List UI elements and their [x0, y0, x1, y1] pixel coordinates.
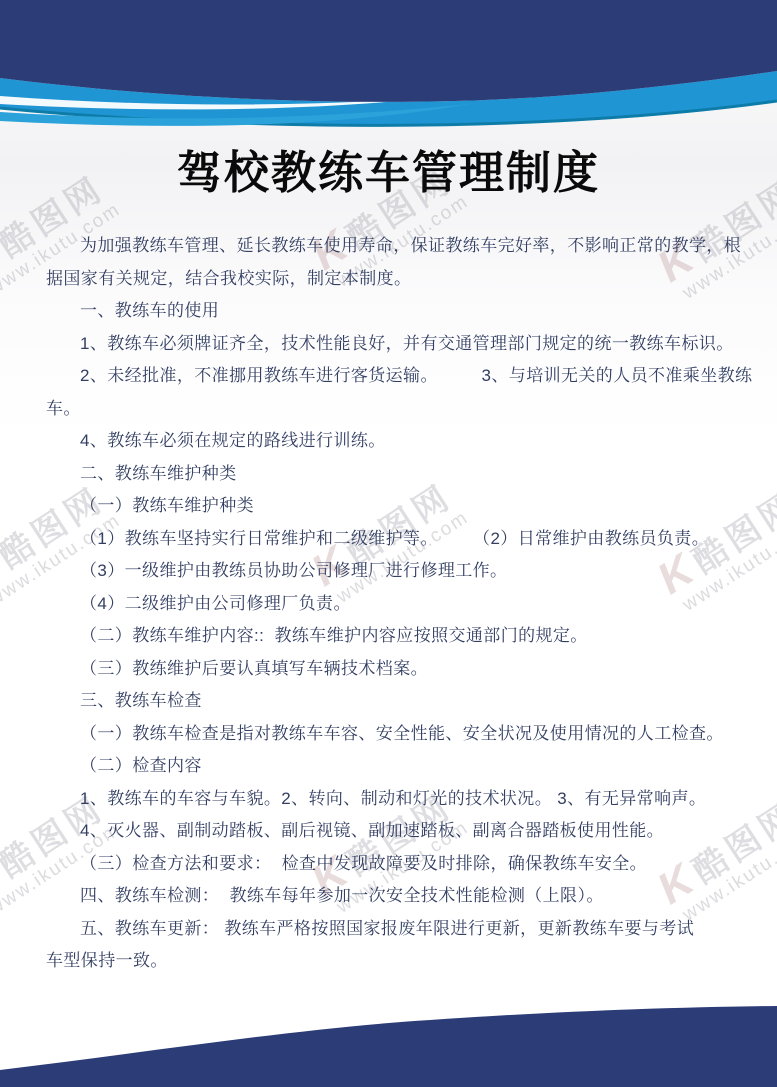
document-line: 车型保持一致。 [46, 945, 743, 978]
document-line: （一）教练车维护种类 [46, 490, 743, 523]
document-line: 四、教练车检测： 教练车每年参加一次安全技术性能检测（上限）。 [46, 880, 743, 913]
kutu-logo-icon: K [0, 847, 12, 908]
page-title: 驾校教练车管理制度 [0, 146, 777, 200]
document-line: 1、教练车的车容与车貌。2、转向、制动和灯光的技术状况。 3、有无异常响声。 [46, 783, 743, 816]
document-line: 为加强教练车管理、延长教练车使用寿命，保证教练车完好率，不影响正常的教学，根 [46, 230, 743, 263]
document-line: （三）检查方法和要求： 检查中发现故障要及时排除，确保教练车安全。 [46, 848, 743, 881]
poster-page: K酷图网www.ikutu.comK酷图网www.ikutu.comK酷图网ww… [0, 0, 777, 1087]
document-line: 三、教练车检查 [46, 685, 743, 718]
document-line: 2、未经批准，不准挪用教练车进行客货运输。 3、与培训无关的人员不准乘坐教练 [46, 360, 743, 393]
document-line: （3）一级维护由教练员协助公司修理厂进行修理工作。 [46, 555, 743, 588]
document-line: （二）检查内容 [46, 750, 743, 783]
document-line: 据国家有关规定，结合我校实际，制定本制度。 [46, 263, 743, 296]
document-line: （4）二级维护由公司修理厂负责。 [46, 588, 743, 621]
document-line: （1）教练车坚持实行日常维护和二级维护等。 （2）日常维护由教练员负责。 [46, 523, 743, 556]
document-line: 二、教练车维护种类 [46, 458, 743, 491]
header-wave-graphic [0, 0, 777, 150]
document-body: 为加强教练车管理、延长教练车使用寿命，保证教练车完好率，不影响正常的教学，根据国… [46, 230, 743, 978]
footer-wave-graphic [0, 995, 777, 1087]
document-line: 1、教练车必须牌证齐全，技术性能良好，并有交通管理部门规定的统一教练车标识。 [46, 328, 743, 361]
document-line: （三）教练维护后要认真填写车辆技术档案。 [46, 653, 743, 686]
footer-navy-shape [0, 1006, 777, 1087]
document-line: 4、灭火器、副制动踏板、副后视镜、副加速踏板、副离合器踏板使用性能。 [46, 815, 743, 848]
kutu-logo-icon: K [0, 538, 12, 599]
kutu-logo-icon: K [0, 227, 12, 288]
document-line: 一、教练车的使用 [46, 295, 743, 328]
document-line: （二）教练车维护内容:: 教练车维护内容应按照交通部门的规定。 [46, 620, 743, 653]
document-line: 五、教练车更新： 教练车严格按照国家报废年限进行更新，更新教练车要与考试 [46, 913, 743, 946]
document-line: 车。 [46, 393, 743, 426]
document-line: （一）教练车检查是指对教练车车容、安全性能、安全状况及使用情况的人工检查。 [46, 718, 743, 751]
document-line: 4、教练车必须在规定的路线进行训练。 [46, 425, 743, 458]
